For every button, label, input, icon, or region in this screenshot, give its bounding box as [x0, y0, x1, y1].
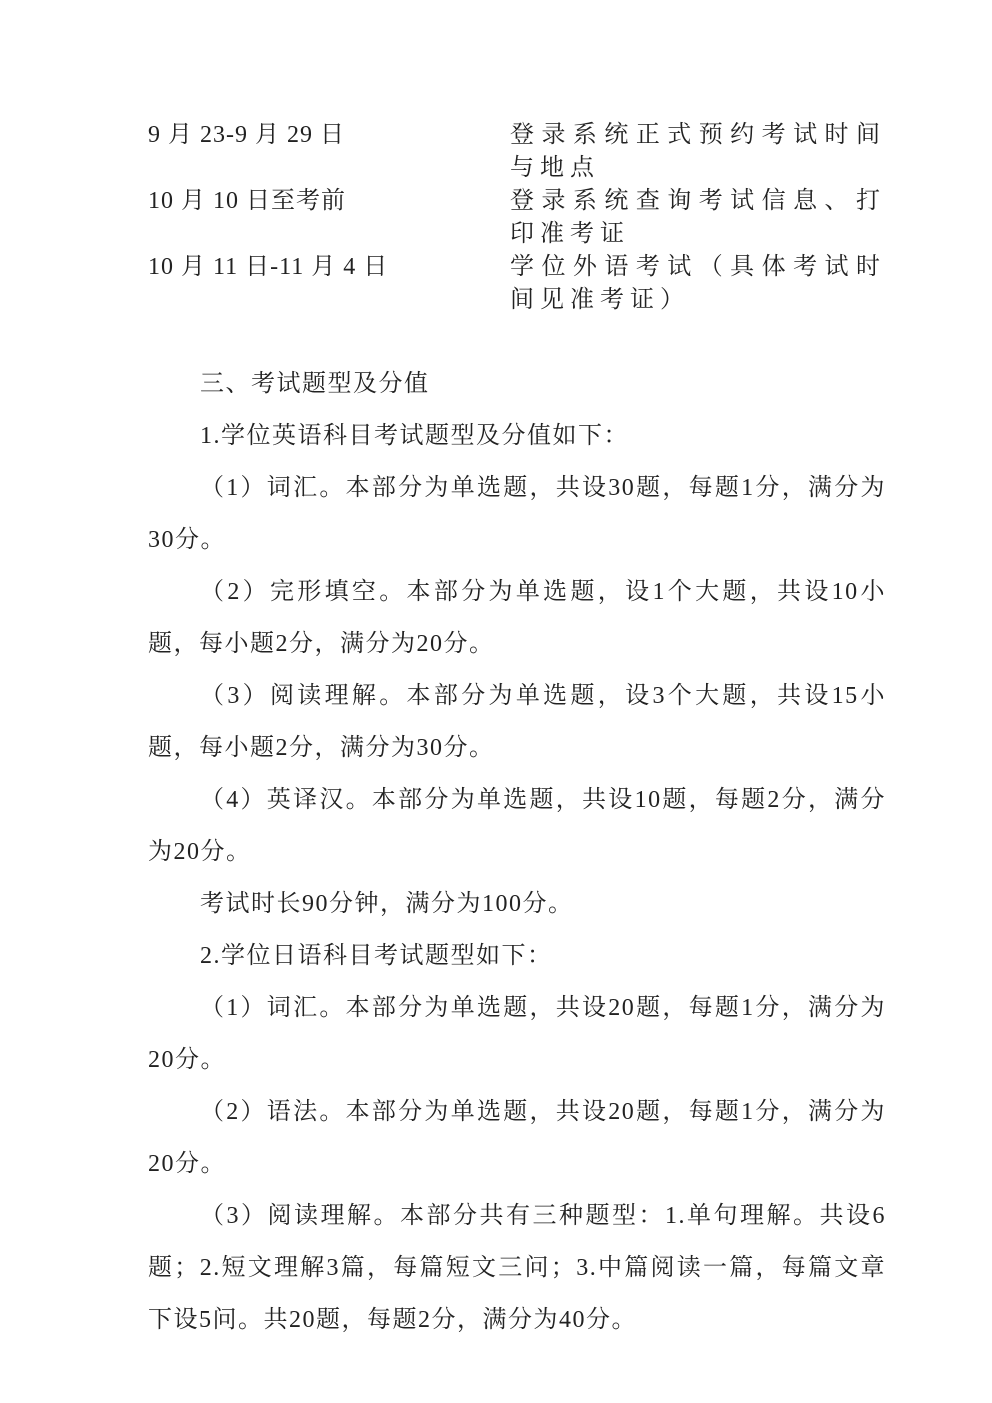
schedule-activity: 学位外语考试（具体考试时间见准考证）	[510, 251, 886, 317]
para-english-vocabulary: （1）词汇。本部分为单选题，共设30题，每题1分，满分为30分。	[148, 462, 886, 566]
schedule-row: 10 月 11 日-11 月 4 日 学位外语考试（具体考试时间见准考证）	[148, 251, 886, 317]
schedule-date: 9 月 23-9 月 29 日	[148, 119, 510, 152]
schedule-row: 9 月 23-9 月 29 日 登录系统正式预约考试时间与地点	[148, 119, 886, 185]
para-japanese-grammar: （2）语法。本部分为单选题，共设20题，每题1分，满分为20分。	[148, 1086, 886, 1190]
schedule-date: 10 月 10 日至考前	[148, 185, 510, 218]
document-page: 9 月 23-9 月 29 日 登录系统正式预约考试时间与地点 10 月 10 …	[0, 0, 992, 1403]
para-english-intro: 1.学位英语科目考试题型及分值如下：	[148, 410, 886, 462]
para-exam-duration: 考试时长90分钟，满分为100分。	[148, 878, 886, 930]
section-heading: 三、考试题型及分值	[148, 358, 886, 410]
exam-schedule-table: 9 月 23-9 月 29 日 登录系统正式预约考试时间与地点 10 月 10 …	[148, 119, 886, 317]
para-english-reading: （3）阅读理解。本部分为单选题，设3个大题，共设15小题，每小题2分，满分为30…	[148, 670, 886, 774]
section-content: 三、考试题型及分值 1.学位英语科目考试题型及分值如下： （1）词汇。本部分为单…	[148, 358, 886, 1346]
para-japanese-reading: （3）阅读理解。本部分共有三种题型：1.单句理解。共设6题；2.短文理解3篇，每…	[148, 1190, 886, 1346]
para-japanese-vocabulary: （1）词汇。本部分为单选题，共设20题，每题1分，满分为20分。	[148, 982, 886, 1086]
para-english-translation: （4）英译汉。本部分为单选题，共设10题，每题2分，满分为20分。	[148, 774, 886, 878]
schedule-activity: 登录系统正式预约考试时间与地点	[510, 119, 886, 185]
para-english-cloze: （2）完形填空。本部分为单选题，设1个大题，共设10小题，每小题2分，满分为20…	[148, 566, 886, 670]
schedule-activity: 登录系统查询考试信息、打印准考证	[510, 185, 886, 251]
schedule-row: 10 月 10 日至考前 登录系统查询考试信息、打印准考证	[148, 185, 886, 251]
schedule-date: 10 月 11 日-11 月 4 日	[148, 251, 510, 284]
para-japanese-intro: 2.学位日语科目考试题型如下：	[148, 930, 886, 982]
